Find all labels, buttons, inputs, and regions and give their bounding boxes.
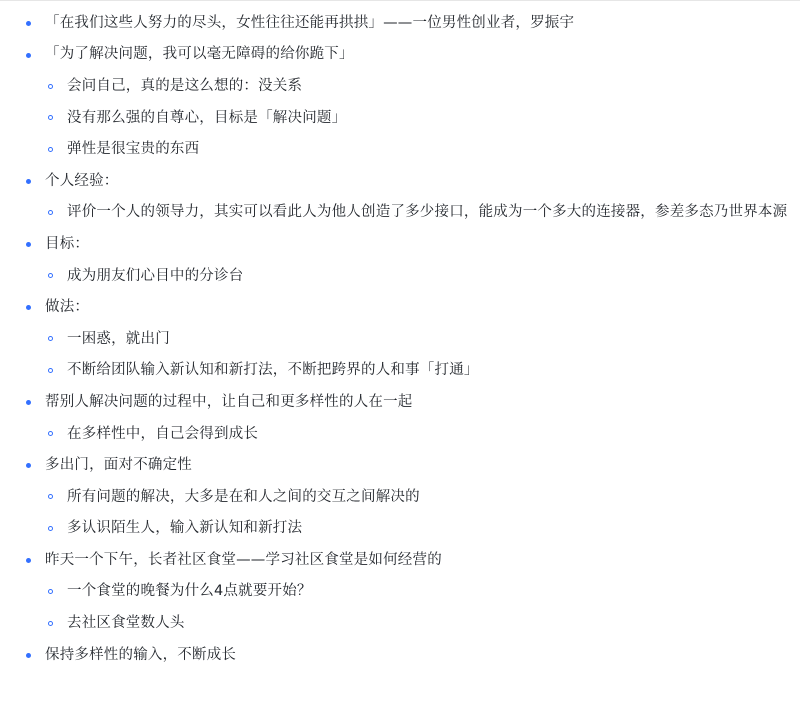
list-item[interactable]: 「为了解决问题，我可以毫无障碍的给你跪下」 [0, 39, 800, 71]
list-item-text: 不断给团队输入新认知和新打法，不断把跨界的人和事「打通」 [67, 358, 788, 382]
hollow-bullet-icon [48, 273, 53, 278]
list-item-text: 昨天一个下午，长者社区食堂——学习社区食堂是如何经营的 [45, 548, 788, 572]
nested-list-item[interactable]: 评价一个人的领导力，其实可以看此人为他人创造了多少接口，能成为一个多大的连接器，… [0, 197, 800, 229]
filled-bullet-icon [26, 305, 31, 310]
hollow-bullet-icon [48, 589, 53, 594]
list-item-text: 在多样性中，自己会得到成长 [67, 422, 788, 446]
list-item-text: 帮别人解决问题的过程中，让自己和更多样性的人在一起 [45, 390, 788, 414]
list-item-text: 多认识陌生人，输入新认知和新打法 [67, 516, 788, 540]
list-item-text: 没有那么强的自尊心，目标是「解决问题」 [67, 106, 788, 130]
list-item[interactable]: 个人经验： [0, 165, 800, 197]
list-item-text: 「在我们这些人努力的尽头，女性往往还能再拱拱」——一位男性创业者，罗振宇 [45, 11, 788, 35]
nested-list-item[interactable]: 成为朋友们心目中的分诊台 [0, 260, 800, 292]
filled-bullet-icon [26, 53, 31, 58]
list-item-text: 多出门，面对不确定性 [45, 453, 788, 477]
list-item-text: 一困惑，就出门 [67, 327, 788, 351]
list-item-text: 一个食堂的晚餐为什么4点就要开始？ [67, 579, 788, 603]
hollow-bullet-icon [48, 494, 53, 499]
list-item-text: 会问自己，真的是这么想的：没关系 [67, 74, 788, 98]
filled-bullet-icon [26, 242, 31, 247]
list-item-text: 评价一个人的领导力，其实可以看此人为他人创造了多少接口，能成为一个多大的连接器，… [67, 200, 788, 224]
list-item-text: 弹性是很宝贵的东西 [67, 137, 788, 161]
list-item-text: 做法： [45, 295, 788, 319]
list-item-text: 去社区食堂数人头 [67, 611, 788, 635]
hollow-bullet-icon [48, 621, 53, 626]
filled-bullet-icon [26, 463, 31, 468]
hollow-bullet-icon [48, 336, 53, 341]
nested-list-item[interactable]: 去社区食堂数人头 [0, 607, 800, 639]
filled-bullet-icon [26, 558, 31, 563]
filled-bullet-icon [26, 400, 31, 405]
nested-list-item[interactable]: 一个食堂的晚餐为什么4点就要开始？ [0, 576, 800, 608]
hollow-bullet-icon [48, 210, 53, 215]
list-item[interactable]: 帮别人解决问题的过程中，让自己和更多样性的人在一起 [0, 386, 800, 418]
top-divider [0, 0, 800, 1]
list-item-text: 目标： [45, 232, 788, 256]
filled-bullet-icon [26, 21, 31, 26]
filled-bullet-icon [26, 179, 31, 184]
list-item-text: 成为朋友们心目中的分诊台 [67, 264, 788, 288]
list-item-text: 个人经验： [45, 169, 788, 193]
hollow-bullet-icon [48, 115, 53, 120]
list-item-text: 「为了解决问题，我可以毫无障碍的给你跪下」 [45, 42, 788, 66]
hollow-bullet-icon [48, 526, 53, 531]
nested-list-item[interactable]: 多认识陌生人，输入新认知和新打法 [0, 513, 800, 545]
hollow-bullet-icon [48, 147, 53, 152]
list-item[interactable]: 做法： [0, 291, 800, 323]
bullet-list-document: 「在我们这些人努力的尽头，女性往往还能再拱拱」——一位男性创业者，罗振宇 「为了… [0, 7, 800, 670]
nested-list-item[interactable]: 弹性是很宝贵的东西 [0, 133, 800, 165]
nested-list-item[interactable]: 不断给团队输入新认知和新打法，不断把跨界的人和事「打通」 [0, 355, 800, 387]
list-item[interactable]: 昨天一个下午，长者社区食堂——学习社区食堂是如何经营的 [0, 544, 800, 576]
hollow-bullet-icon [48, 84, 53, 89]
nested-list-item[interactable]: 在多样性中，自己会得到成长 [0, 418, 800, 450]
filled-bullet-icon [26, 653, 31, 658]
list-item-text: 所有问题的解决，大多是在和人之间的交互之间解决的 [67, 485, 788, 509]
list-item[interactable]: 保持多样性的输入，不断成长 [0, 639, 800, 671]
list-item[interactable]: 多出门，面对不确定性 [0, 449, 800, 481]
nested-list-item[interactable]: 所有问题的解决，大多是在和人之间的交互之间解决的 [0, 481, 800, 513]
list-item[interactable]: 目标： [0, 228, 800, 260]
nested-list-item[interactable]: 一困惑，就出门 [0, 323, 800, 355]
list-item[interactable]: 「在我们这些人努力的尽头，女性往往还能再拱拱」——一位男性创业者，罗振宇 [0, 7, 800, 39]
nested-list-item[interactable]: 会问自己，真的是这么想的：没关系 [0, 70, 800, 102]
hollow-bullet-icon [48, 431, 53, 436]
hollow-bullet-icon [48, 368, 53, 373]
list-item-text: 保持多样性的输入，不断成长 [45, 643, 788, 667]
nested-list-item[interactable]: 没有那么强的自尊心，目标是「解决问题」 [0, 102, 800, 134]
